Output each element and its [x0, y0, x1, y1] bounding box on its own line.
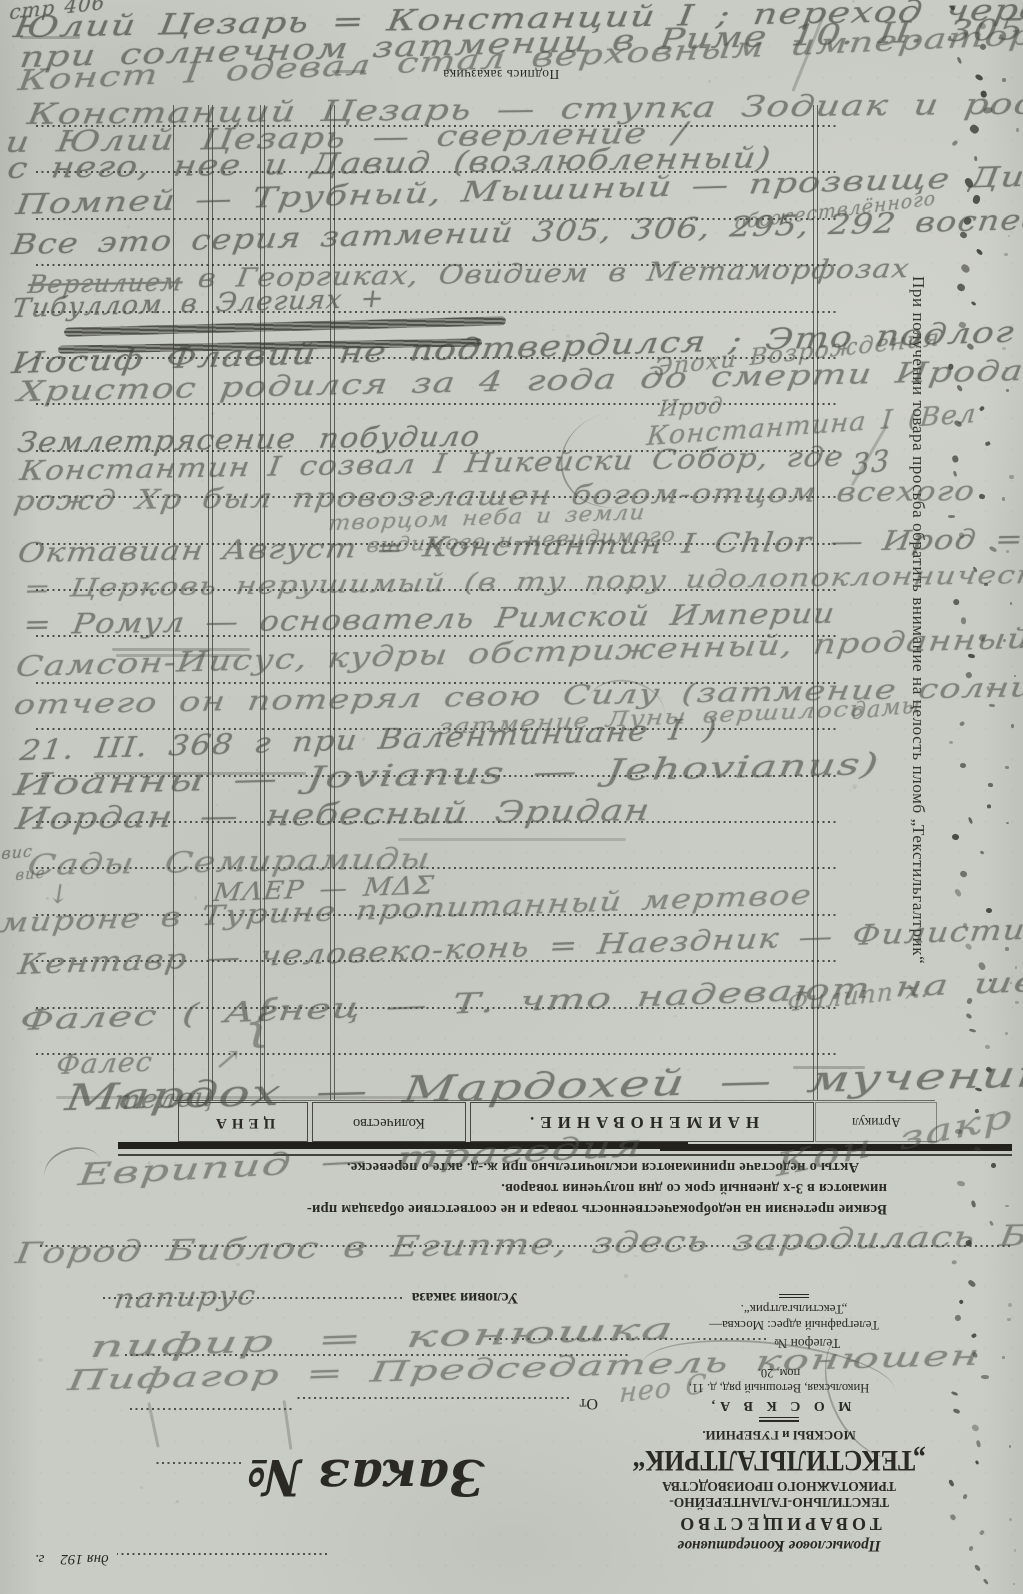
perforation-hole: [991, 1163, 996, 1168]
perforation-hole: [975, 1460, 979, 1465]
perforation-hole: [1010, 982, 1012, 984]
perforation-hole: [975, 1440, 980, 1448]
perforation-hole: [948, 515, 955, 518]
claims-line: Всякие претензии на недоброкачественност…: [115, 1198, 887, 1219]
perforation-hole: [979, 406, 985, 412]
perforation-hole: [984, 1045, 990, 1050]
perforation-hole: [959, 870, 968, 879]
perforation-hole: [1002, 1356, 1004, 1359]
perforation-hole: [960, 763, 967, 769]
date-day-label: дня 192: [60, 1550, 108, 1567]
paper-speck: [854, 787, 856, 789]
perforation-hole: [1009, 1518, 1012, 1521]
order-fill-line: [156, 1462, 241, 1464]
perforation-hole: [1007, 1318, 1011, 1321]
perforation-hole: [956, 1181, 965, 1188]
perforation-hole: [965, 1013, 972, 1020]
perforation-hole: [967, 1279, 976, 1287]
perforation-hole: [966, 997, 973, 1005]
perforation-hole: [985, 441, 991, 446]
perforation-hole: [969, 123, 980, 134]
perforation-hole: [951, 140, 958, 147]
perforation-hole: [955, 1129, 962, 1135]
perforation-hole: [968, 654, 976, 659]
perforation-hole: [951, 833, 959, 840]
date-fill-line: [117, 1553, 327, 1555]
company-org: ТОВАРИЩЕСТВО: [676, 1513, 881, 1534]
perforation-hole: [1002, 347, 1006, 351]
perforation-hole: [981, 1375, 989, 1379]
perforation-hole: [983, 1578, 989, 1584]
perforation-hole: [1002, 497, 1005, 501]
perforation-hole: [971, 1200, 977, 1208]
perforation-hole: [988, 783, 994, 787]
perforation-hole: [957, 56, 962, 64]
telegraph-brand: „Текстильгалтрик“.: [741, 1301, 848, 1317]
from-fill-line: [296, 1397, 569, 1399]
paper-speck: [38, 1358, 42, 1362]
handwritten-note: Город Библос в Египте, здесь зародилась …: [14, 1218, 1023, 1268]
perforation-hole: [1014, 1549, 1016, 1552]
scanned-order-form-page: Подпись заказчика При получении товара п…: [0, 0, 1023, 1594]
pencil-underline: [112, 648, 250, 651]
paper-speck: [194, 896, 197, 900]
perforation-hole: [1010, 602, 1012, 605]
ruled-line: [36, 1053, 838, 1055]
perforation-hole: [1016, 128, 1019, 132]
telegraph-block: Телеграфный адрес: Москва— „Текстильгалт…: [650, 1294, 938, 1333]
perforation-hole: [1006, 389, 1008, 392]
paper-speck: [673, 1015, 677, 1017]
company-coop-type: Промысловое Кооперативное: [677, 1536, 880, 1554]
date-year-suffix: г.: [35, 1550, 44, 1567]
handwritten-note: папирус: [112, 1282, 257, 1314]
perforation-hole: [952, 1408, 960, 1414]
perforation-hole: [952, 455, 959, 463]
perforation-hole: [969, 1028, 977, 1033]
perforation-hole: [971, 1424, 980, 1433]
pencil-underline: [94, 772, 306, 775]
perforation-hole: [1011, 724, 1014, 728]
perforation-hole: [950, 1391, 958, 1397]
qty-header-label: Количество: [353, 1114, 425, 1131]
company-branch1: ТЕКСТИЛЬНО-ГАЛАНТЕРЕЙНО-: [669, 1494, 889, 1510]
perforation-hole: [962, 1494, 968, 1500]
pencil-underline: [332, 70, 366, 73]
perforation-hole: [1005, 766, 1009, 770]
paper-speck: [891, 789, 893, 791]
perforation-hole: [956, 282, 967, 293]
perforation-hole: [959, 721, 965, 727]
perforation-hole: [1005, 1205, 1009, 1207]
perforation-hole: [1005, 1032, 1009, 1035]
perforation-hole: [1015, 1001, 1018, 1004]
perforation-hole: [976, 248, 984, 256]
handwritten-note: ↓: [46, 882, 73, 909]
perforation-hole: [1002, 78, 1006, 82]
perforation-hole: [1005, 947, 1009, 951]
perforation-hole: [972, 194, 981, 204]
perforation-hole: [978, 493, 985, 499]
pencil-underline: [56, 1096, 428, 1099]
handwritten-note: Иордан — небесный Эридан: [13, 795, 652, 835]
pencil-underline: [116, 654, 242, 657]
perforation-hole: [1008, 1303, 1012, 1307]
from-row: От: [296, 1394, 598, 1412]
perforation-hole: [1008, 235, 1010, 237]
company-branch2: ТРИКОТАЖНОГО ПРОИЗВОДСТВА: [662, 1478, 896, 1494]
perforation-hole: [1004, 253, 1008, 256]
price-header-label: ЦЕНА: [211, 1114, 275, 1131]
pencil-underline: [398, 838, 626, 841]
perforation-hole: [958, 1299, 964, 1305]
small-rule: [779, 1294, 809, 1298]
perforation-hole: [974, 1563, 982, 1571]
perforation-hole: [1009, 475, 1013, 479]
handwritten-note: Фалес ( Агнец — Т. что надевают на шею: [18, 965, 1023, 1035]
order-label: Заказ №: [247, 1452, 485, 1502]
pencil-underline: [20, 36, 80, 39]
perforation-hole: [952, 598, 960, 605]
from-label: От: [579, 1394, 598, 1412]
perforation-hole: [960, 263, 971, 274]
perforation-hole: [948, 1479, 955, 1487]
paper-speck: [343, 1559, 346, 1561]
perforation-hole: [954, 1314, 962, 1322]
perforation-hole: [949, 741, 953, 744]
paper-speck: [624, 1274, 628, 1278]
perforation-hole: [986, 804, 991, 808]
perforation-hole: [968, 1545, 974, 1551]
perforation-hole: [1006, 550, 1009, 553]
perforation-hole: [974, 74, 984, 83]
date-row: дня 192 г.: [35, 1550, 327, 1567]
perforation-hole: [1009, 1445, 1011, 1447]
perforation-hole: [986, 908, 992, 913]
pencil-underline: [793, 1066, 865, 1069]
perforation-hole: [1006, 822, 1009, 824]
handwritten-note: ↗: [213, 1044, 244, 1076]
perforation-hole: [1013, 1583, 1015, 1585]
ruled-line: [130, 1408, 292, 1410]
order-number-row: Заказ №: [150, 1452, 485, 1502]
perforation-hole: [980, 850, 985, 855]
perforation-hole: [970, 301, 976, 307]
paper-speck: [140, 1486, 142, 1490]
terms-label: Условия заказа: [405, 1288, 525, 1306]
perforation-hole: [971, 1332, 977, 1337]
perforation-hole: [989, 703, 996, 706]
perforation-hole: [954, 888, 962, 897]
handwritten-note: {: [241, 992, 281, 1052]
perforation-hole: [984, 583, 988, 586]
perforation-hole: [968, 816, 974, 824]
paper-speck: [708, 80, 710, 83]
perforation-hole: [979, 1529, 985, 1535]
perforation-hole: [951, 1261, 956, 1265]
perforation-hole: [949, 1513, 957, 1521]
company-region: МОСКВЫ и ГУБЕРНИИ.: [702, 1427, 855, 1443]
perforation-hole: [949, 363, 954, 369]
